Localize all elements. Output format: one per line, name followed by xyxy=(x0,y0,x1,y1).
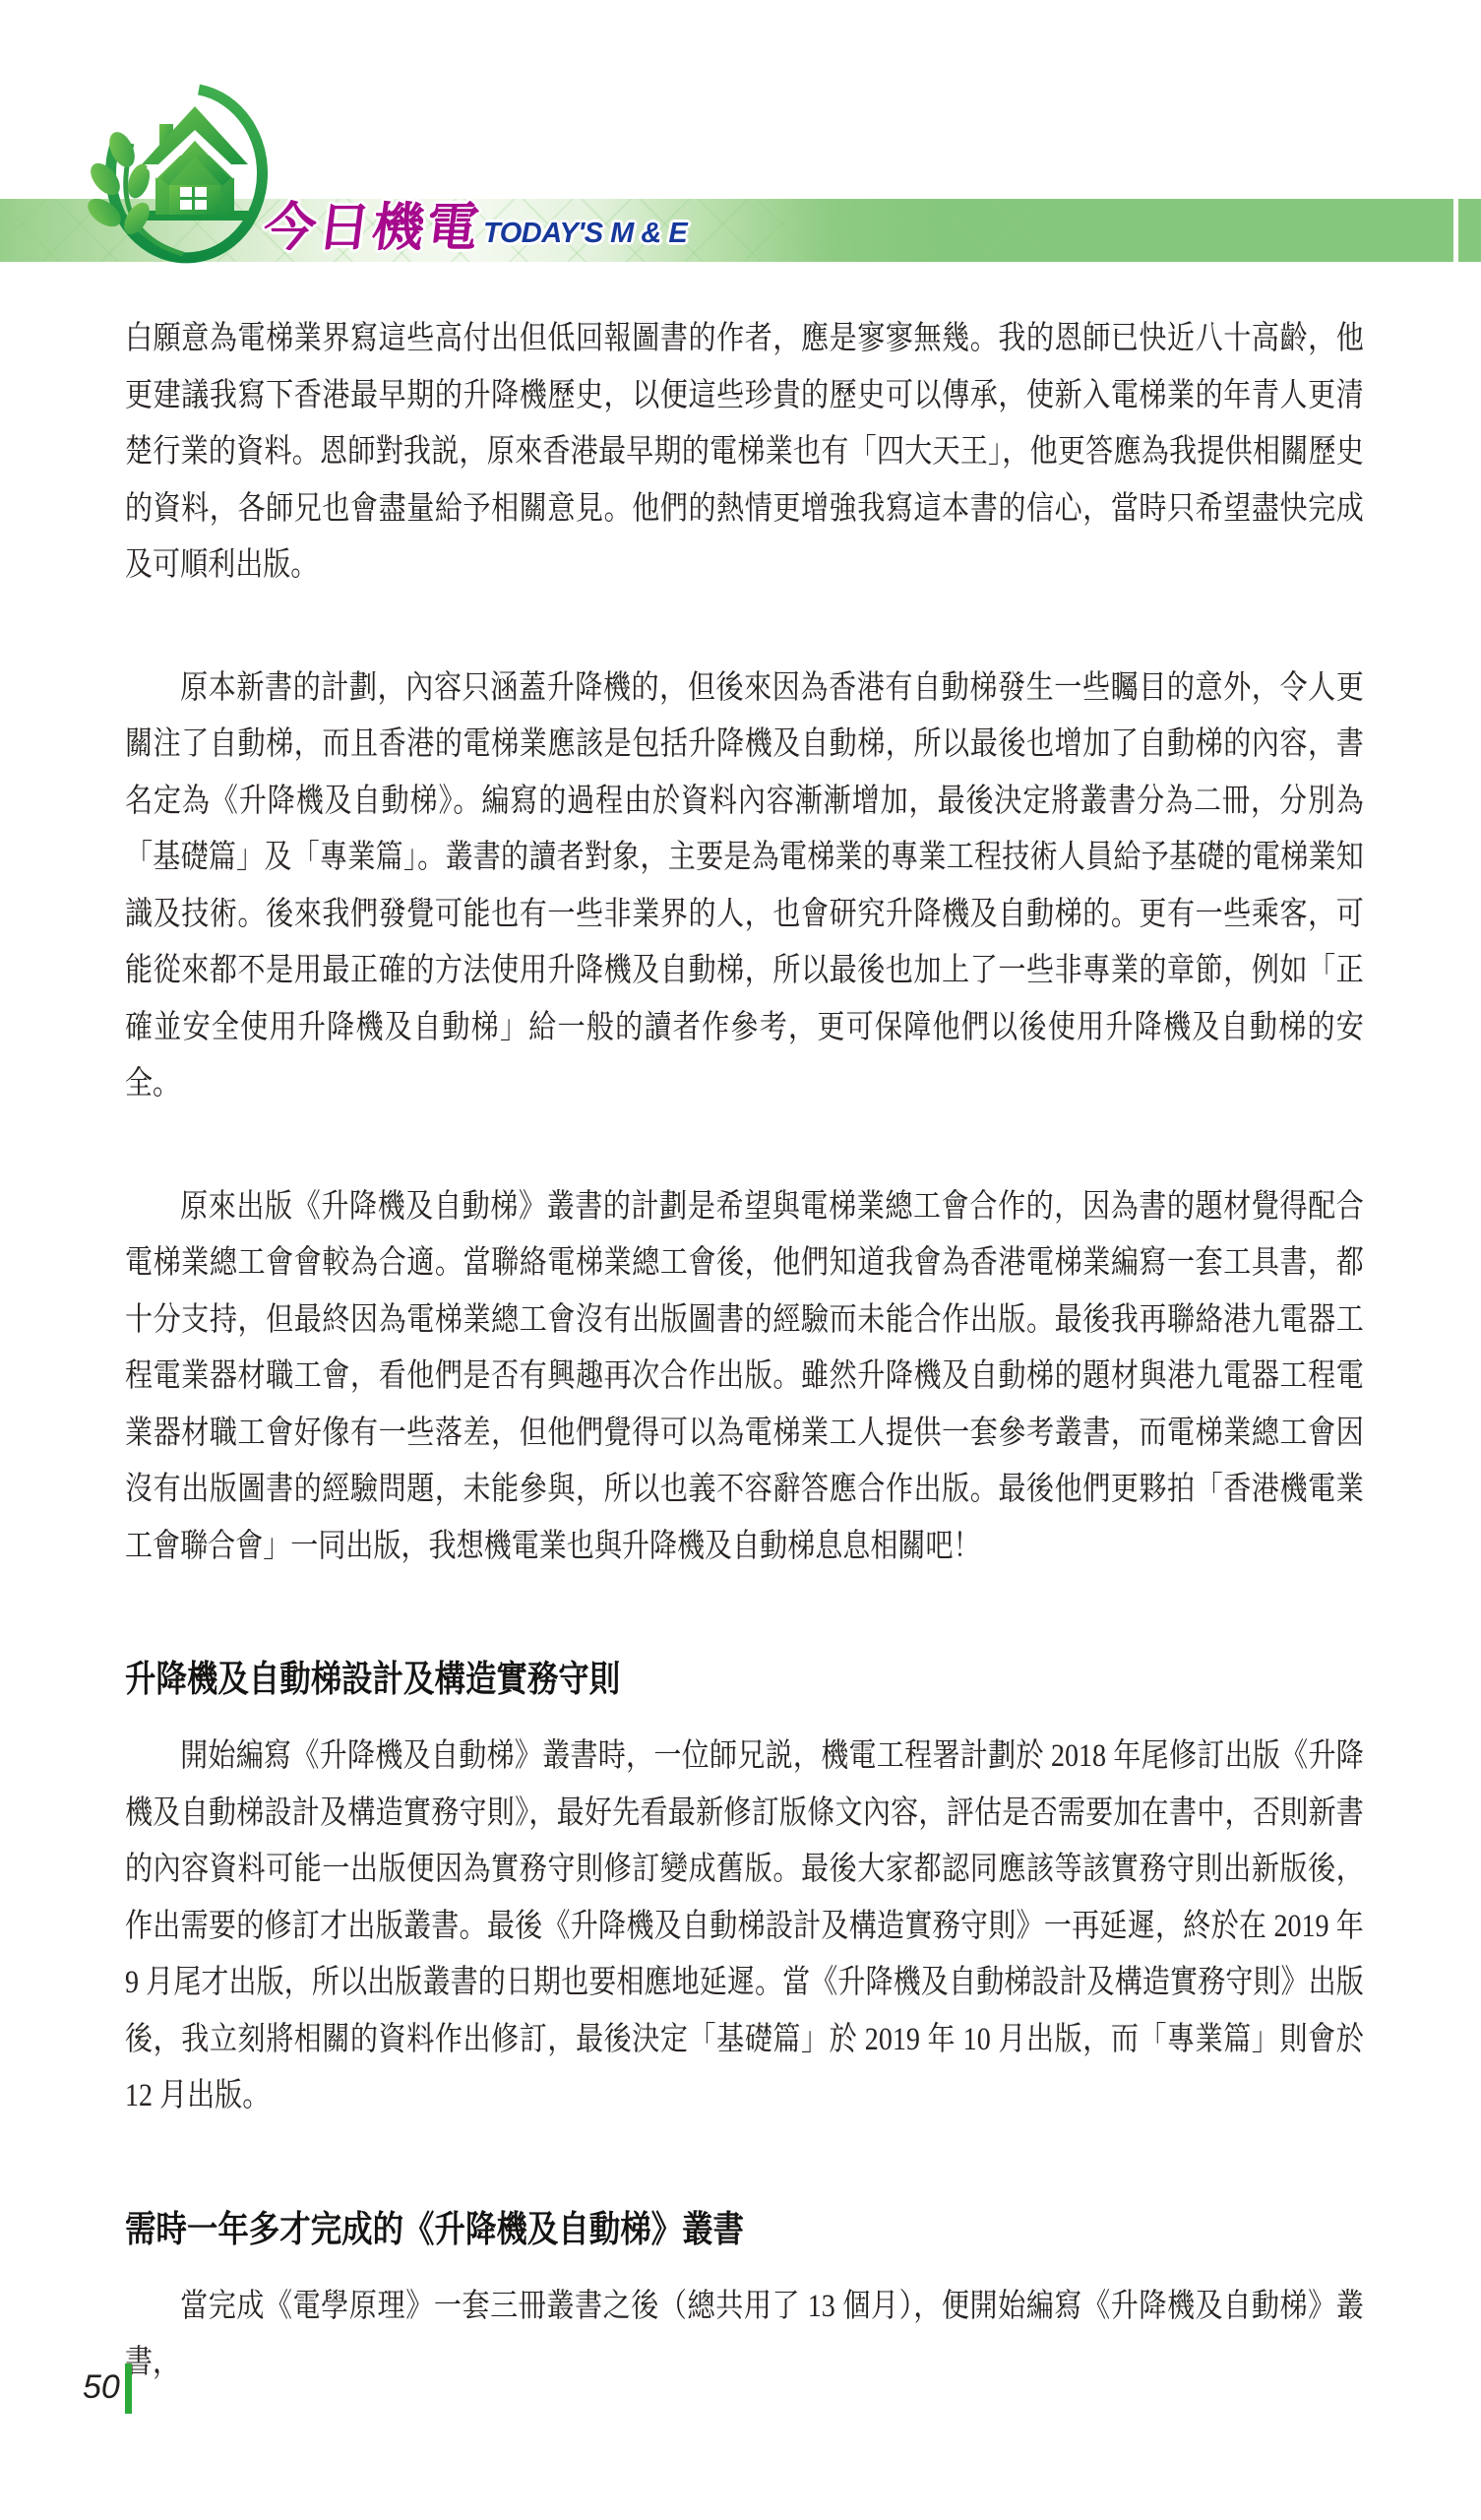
logo-house xyxy=(142,106,248,215)
paragraph: 原本新書的計劃，內容只涵蓋升降機的，但後來因為香港有自動梯發生一些矚目的意外，令… xyxy=(125,661,1364,1113)
section-heading-code-of-practice: 升降機及自動梯設計及構造實務守則 xyxy=(125,1658,1364,1703)
banner-divider-line xyxy=(1453,199,1458,262)
section-heading-book-series: 需時一年多才完成的《升降機及自動梯》叢書 xyxy=(125,2208,1364,2253)
page-number-bar xyxy=(125,2363,132,2414)
paragraph-continued: 白願意為電梯業界寫這些高付出但低回報圖書的作者，應是寥寥無幾。我的恩師已快近八十… xyxy=(125,311,1364,595)
magazine-title-english: TODAY'S M & E xyxy=(483,218,687,250)
paragraph: 開始編寫《升降機及自動梯》叢書時，一位師兄説，機電工程署計劃於 2018 年尾修… xyxy=(125,1729,1364,2125)
page-number: 50 xyxy=(83,2368,120,2407)
paragraph: 當完成《電學原理》一套三冊叢書之後（總共用了 13 個月），便開始編寫《升降機及… xyxy=(125,2279,1364,2392)
paragraph: 原來出版《升降機及自動梯》叢書的計劃是希望與電梯業總工會合作的，因為書的題材覺得… xyxy=(125,1179,1364,1576)
house-leaf-logo-icon xyxy=(45,45,340,341)
magazine-title-chinese: 今日機電 xyxy=(260,198,484,261)
article-body: 白願意為電梯業界寫這些高付出但低回報圖書的作者，應是寥寥無幾。我的恩師已快近八十… xyxy=(125,311,1364,2392)
